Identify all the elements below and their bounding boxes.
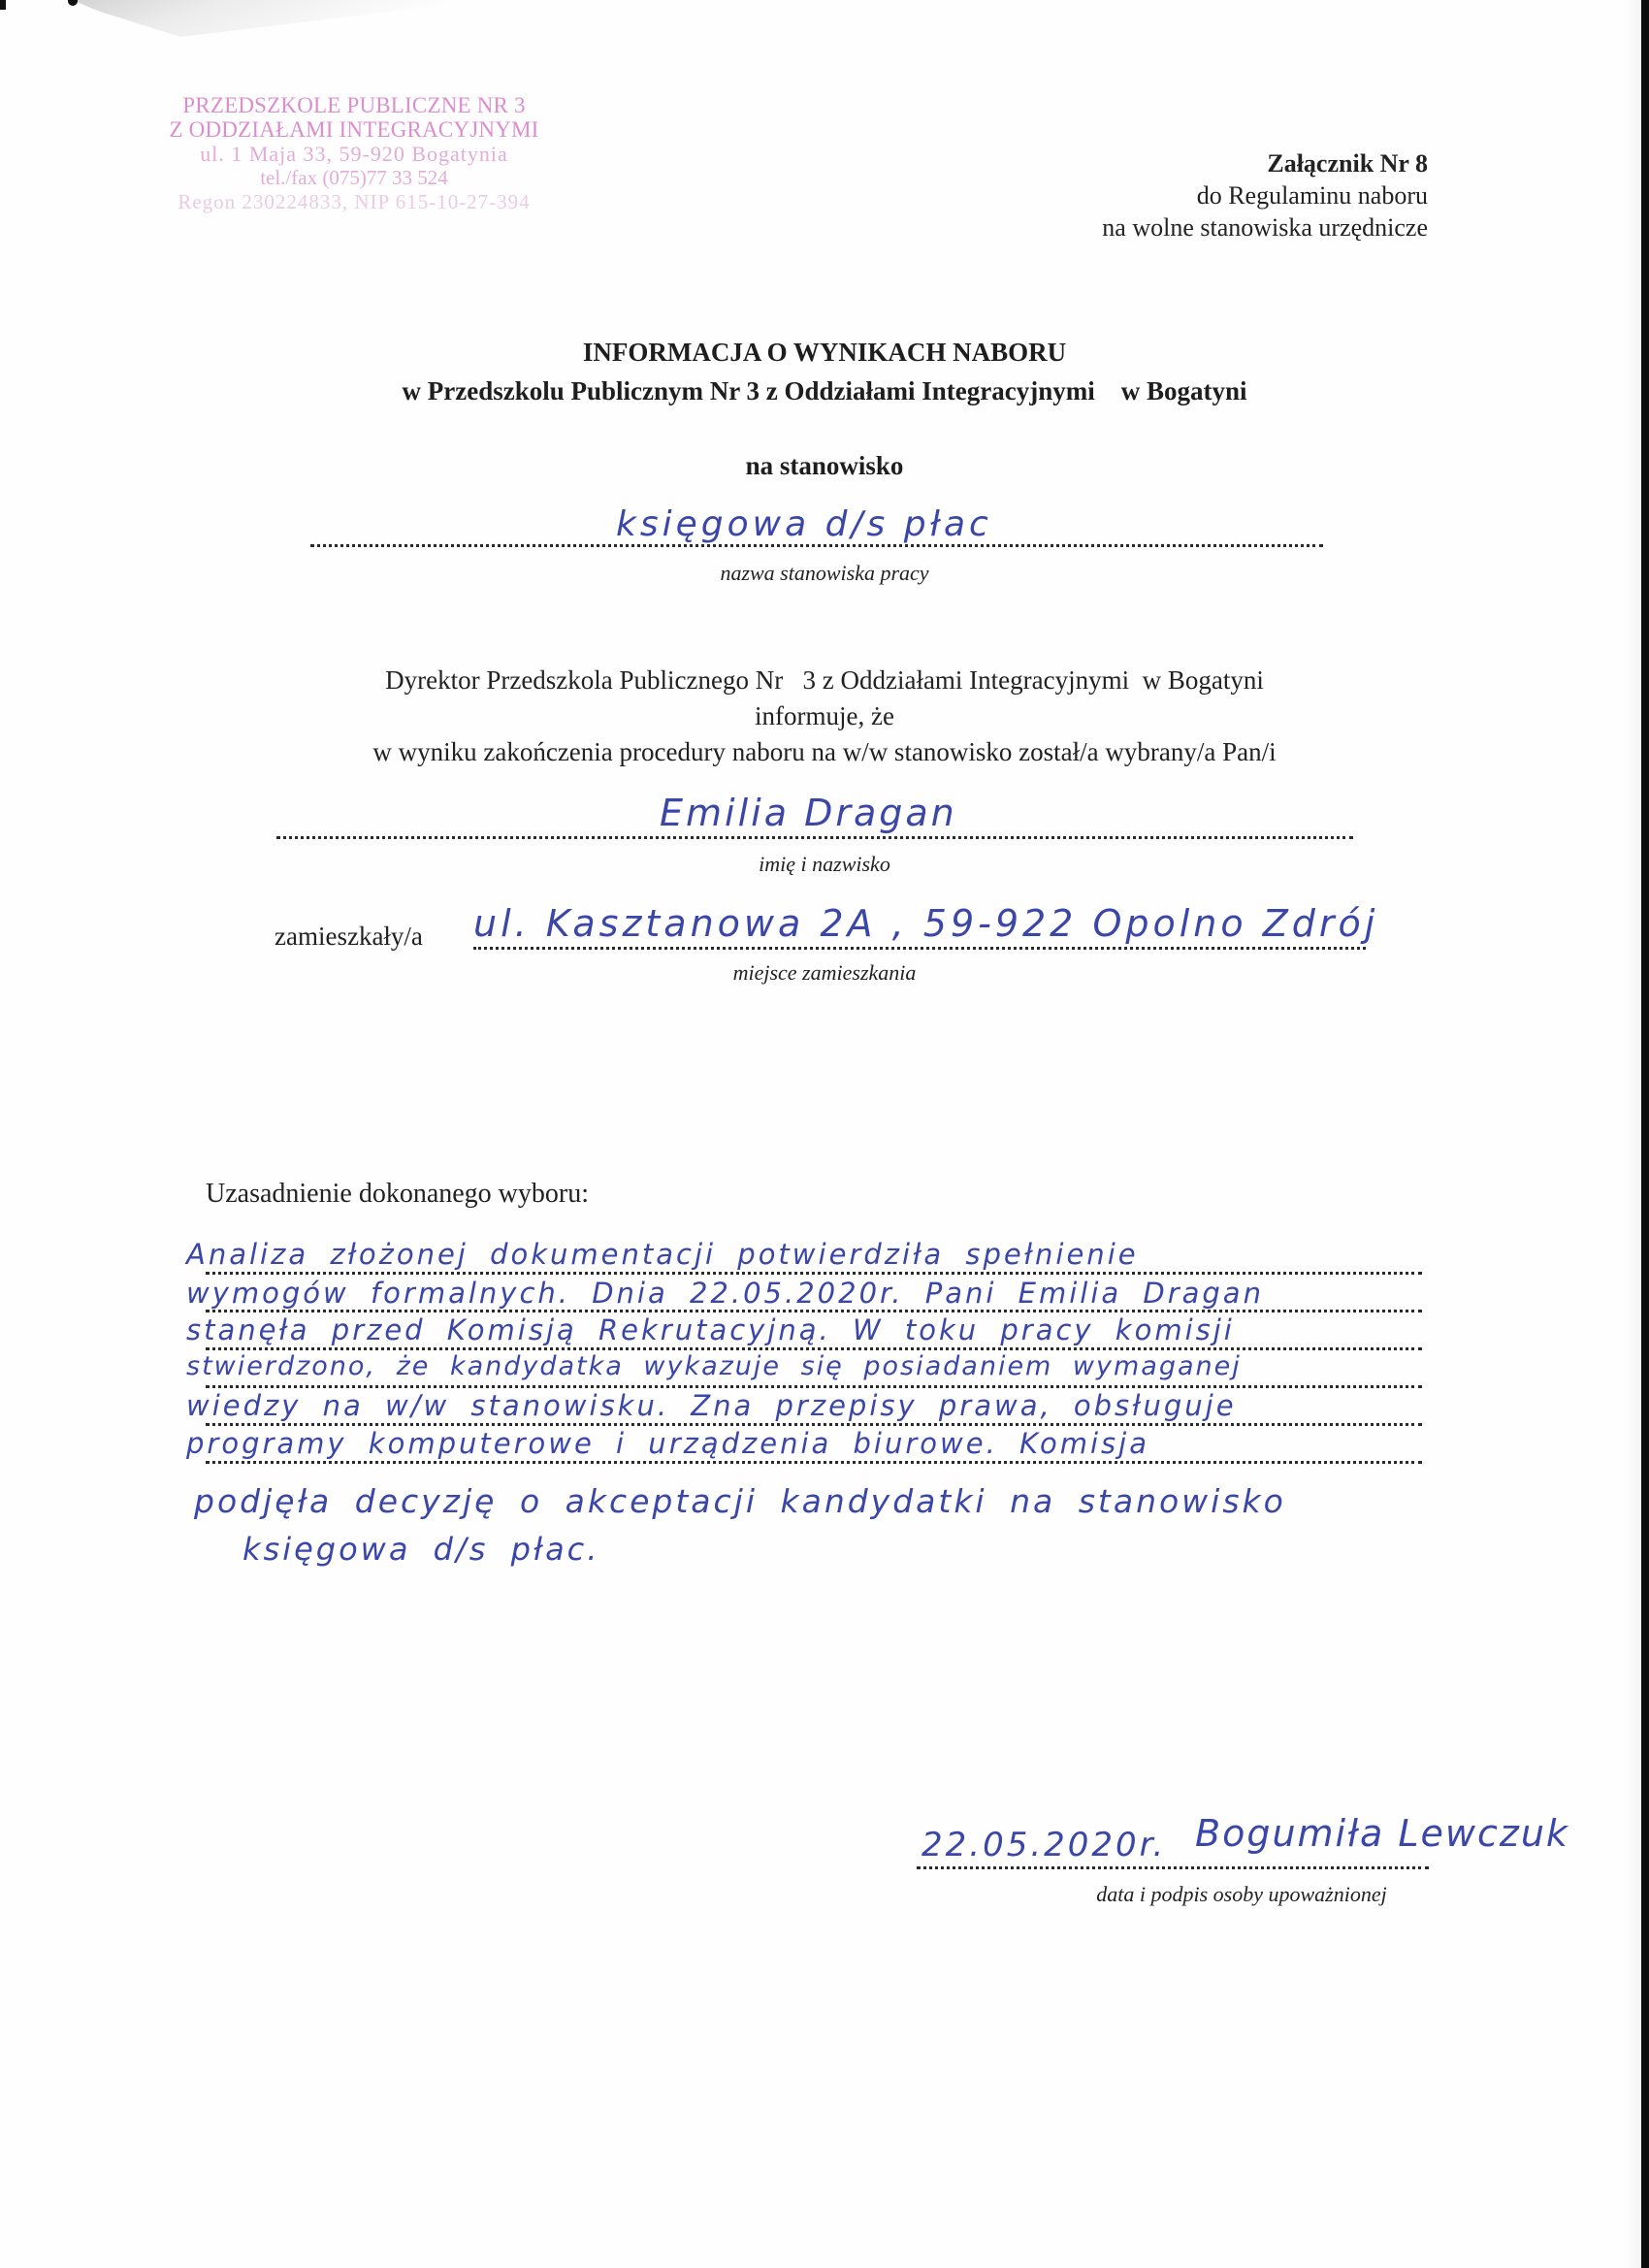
stamp-line: ul. 1 Maja 33, 59-920 Bogatynia bbox=[116, 142, 592, 166]
director-line: informuje, że bbox=[0, 698, 1649, 734]
director-statement: Dyrektor Przedszkola Publicznego Nr 3 z … bbox=[0, 663, 1649, 770]
justification-text-line: wiedzy na w/w stanowisku. Zna przepisy p… bbox=[186, 1389, 1237, 1422]
stamp-line: Z ODDZIAŁAMI INTEGRACYJNYMI bbox=[116, 117, 592, 142]
document-subtitle: w Przedszkolu Publicznym Nr 3 z Oddziała… bbox=[0, 372, 1649, 410]
justification-dotted-line bbox=[206, 1461, 1422, 1464]
justification-text-line: podjęła decyzję o akceptacji kandydatki … bbox=[194, 1482, 1286, 1520]
justification-text-line: Analiza złożonej dokumentacji potwierdzi… bbox=[186, 1238, 1139, 1271]
name-dotted-line bbox=[276, 836, 1353, 839]
justification-dotted-line bbox=[206, 1272, 1422, 1275]
stamp-line: PRZEDSZKOLE PUBLICZNE NR 3 bbox=[116, 93, 592, 117]
scan-artifact-hole bbox=[68, 0, 78, 6]
address-label: zamieszkały/a bbox=[275, 922, 423, 952]
signature-caption: data i podpis osoby upoważnionej bbox=[1028, 1882, 1455, 1907]
name-caption: imię i nazwisko bbox=[543, 852, 1106, 877]
justification-text-line: stwierdzono, że kandydatka wykazuje się … bbox=[186, 1351, 1242, 1381]
justification-text-line: księgowa d/s płac. bbox=[242, 1531, 599, 1568]
position-label: na stanowisko bbox=[0, 451, 1649, 481]
position-caption: nazwa stanowiska pracy bbox=[543, 561, 1106, 586]
attachment-line: na wolne stanowiska urzędnicze bbox=[1102, 211, 1428, 243]
position-dotted-line bbox=[310, 544, 1323, 547]
scan-artifact-fold bbox=[58, 0, 466, 37]
attachment-header: Załącznik Nr 8 do Regulaminu naboru na w… bbox=[1102, 147, 1428, 243]
address-dotted-line bbox=[473, 947, 1366, 950]
attachment-line: do Regulaminu naboru bbox=[1102, 179, 1428, 211]
justification-label: Uzasadnienie dokonanego wyboru: bbox=[206, 1179, 589, 1210]
justification-dotted-line bbox=[206, 1347, 1422, 1350]
document-page: PRZEDSZKOLE PUBLICZNE NR 3 Z ODDZIAŁAMI … bbox=[0, 0, 1649, 2268]
justification-text-line: programy komputerowe i urządzenia biurow… bbox=[186, 1427, 1149, 1460]
address-handwritten-value: ul. Kasztanowa 2A , 59-922 Opolno Zdrój bbox=[473, 902, 1378, 945]
stamp-line: tel./fax (075)77 33 524 bbox=[116, 166, 592, 190]
institution-stamp: PRZEDSZKOLE PUBLICZNE NR 3 Z ODDZIAŁAMI … bbox=[116, 93, 592, 214]
document-heading: INFORMACJA O WYNIKACH NABORU w Przedszko… bbox=[0, 333, 1649, 410]
signature-dotted-line bbox=[917, 1866, 1429, 1869]
signature-name: Bogumiła Lewczuk bbox=[1195, 1812, 1569, 1855]
justification-dotted-line bbox=[206, 1310, 1422, 1312]
signature-date: 22.05.2020r. bbox=[921, 1826, 1166, 1864]
name-handwritten-value: Emilia Dragan bbox=[660, 792, 957, 834]
director-line: w wyniku zakończenia procedury naboru na… bbox=[0, 734, 1649, 770]
address-caption: miejsce zamieszkania bbox=[543, 960, 1106, 986]
justification-text-line: wymogów formalnych. Dnia 22.05.2020r. Pa… bbox=[186, 1277, 1264, 1310]
justification-text-line: stanęła przed Komisją Rekrutacyjną. W to… bbox=[186, 1313, 1235, 1346]
position-handwritten-value: księgowa d/s płac bbox=[616, 504, 992, 544]
justification-dotted-line bbox=[206, 1385, 1422, 1388]
justification-dotted-line bbox=[206, 1423, 1422, 1426]
stamp-line: Regon 230224833, NIP 615-10-27-394 bbox=[116, 190, 592, 214]
director-line: Dyrektor Przedszkola Publicznego Nr 3 z … bbox=[0, 663, 1649, 698]
scan-artifact-corner bbox=[0, 0, 6, 10]
attachment-title: Załącznik Nr 8 bbox=[1102, 147, 1428, 179]
document-title: INFORMACJA O WYNIKACH NABORU bbox=[0, 333, 1649, 372]
